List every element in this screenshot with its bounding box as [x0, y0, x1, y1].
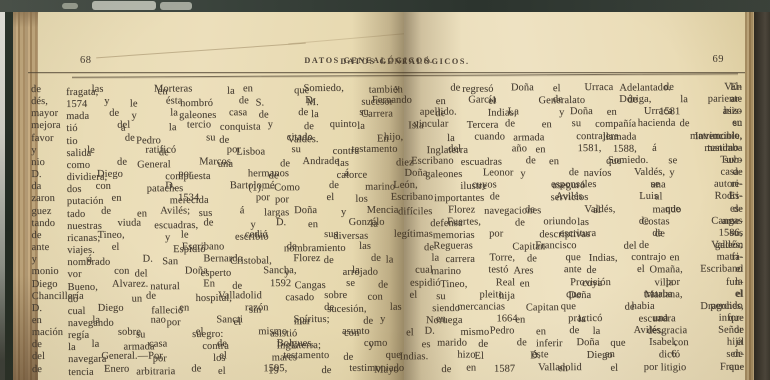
right-text-block: de las Morteras en Somiedo, y de Doña Ur…	[31, 82, 743, 376]
book-photo: 68 DATOS GENEALÓGICOS. fragata, en la qu…	[0, 0, 770, 380]
cover-highlight-blob	[62, 3, 78, 9]
page-stack-right-edges	[745, 8, 754, 380]
right-running-title: DATOS GENEALÓGICOS.	[28, 56, 710, 65]
cover-highlight-blob	[92, 1, 156, 10]
right-header-rule	[28, 72, 746, 73]
text-line: de Enero de 1595, testimoniado en Vallad…	[32, 361, 743, 376]
book-cover-right-edge	[754, 4, 770, 380]
book-cover-top-edge	[0, 0, 770, 12]
right-page-header: DATOS GENEALÓGICOS. 69	[28, 56, 744, 68]
cover-highlight-blob	[160, 2, 192, 10]
right-page-number: 69	[713, 54, 725, 65]
